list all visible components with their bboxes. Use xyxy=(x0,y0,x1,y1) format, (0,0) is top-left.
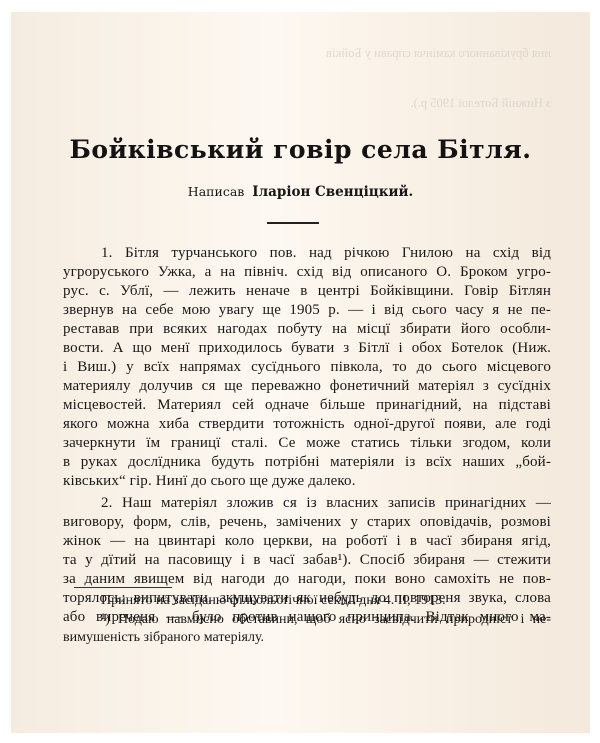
text-line: і Виш.) у всїх напрямах сусїднього півко… xyxy=(63,358,551,377)
paragraph-1: 1. Бітля турчанського пов. над річкою Гн… xyxy=(63,244,551,491)
bleed-line: ння бруківанного камінчя справи у Бойків xyxy=(71,45,551,62)
footnote-separator xyxy=(74,587,172,588)
text-line: виговору, форм, слів, речень, замічених … xyxy=(63,513,551,532)
footnotes: Принято на засїданю фільольоґічної секці… xyxy=(63,592,551,648)
text-line: ківських“ гір. Нинї до сього ще дуже дал… xyxy=(63,472,551,491)
article-body: 1. Бітля турчанського пов. над річкою Гн… xyxy=(63,244,551,627)
text-line: якого можна хиба ствердити тотожність од… xyxy=(63,415,551,434)
footnote-1-line: вимушеність зібраного матеріялу. xyxy=(63,629,551,648)
byline: Написав Іларіон Свенціцкий. xyxy=(11,184,590,200)
bleed-through-text: ння бруківанного камінчя справи у Бойків… xyxy=(71,12,551,122)
bleed-line: з Нижній Ботелої 1905 р.). xyxy=(71,95,551,112)
article-title: Бойківський говір села Бітля. xyxy=(11,135,590,164)
text-line: та у дїтий на пасовищу і в часї забав¹).… xyxy=(63,551,551,570)
text-line: угроруського Ужка, а на північ. схід від… xyxy=(63,263,551,282)
text-line: рус. с. Ублї, — лежить неначе в центрі Б… xyxy=(63,282,551,301)
text-line: в руках дослїдника будуть потрібні матер… xyxy=(63,453,551,472)
text-line: реставав при всяких нагодах побуту на мі… xyxy=(63,320,551,339)
acceptance-note: Принято на засїданю фільольоґічної секці… xyxy=(63,592,551,611)
author-name: Іларіон Свенціцкий. xyxy=(252,184,413,200)
text-line: місцевостей. Материял сей одначе більше … xyxy=(63,396,551,415)
title-separator xyxy=(267,222,319,224)
text-line: вости. А що менї приходилось бувати з Бі… xyxy=(63,339,551,358)
text-line: звернув на себе мою увагу ще 1905 р. — і… xyxy=(63,301,551,320)
scanned-page: ння бруківанного камінчя справи у Бойків… xyxy=(11,12,590,733)
byline-prefix: Написав xyxy=(188,184,245,199)
text-line: 1. Бітля турчанського пов. над річкою Гн… xyxy=(63,244,551,263)
text-line: зачеркнути їм границї сталі. Се може ста… xyxy=(63,434,551,453)
footnote-1-line: ¹) Подаю навмисно обставини, щоб ясно за… xyxy=(63,611,551,630)
text-line: 2. Наш матеріял зложив ся із власних зап… xyxy=(63,494,551,513)
text-line: жінок — на цвинтарі коло церкви, на робо… xyxy=(63,532,551,551)
text-line: материялу долучив ся ще переважно фонети… xyxy=(63,377,551,396)
